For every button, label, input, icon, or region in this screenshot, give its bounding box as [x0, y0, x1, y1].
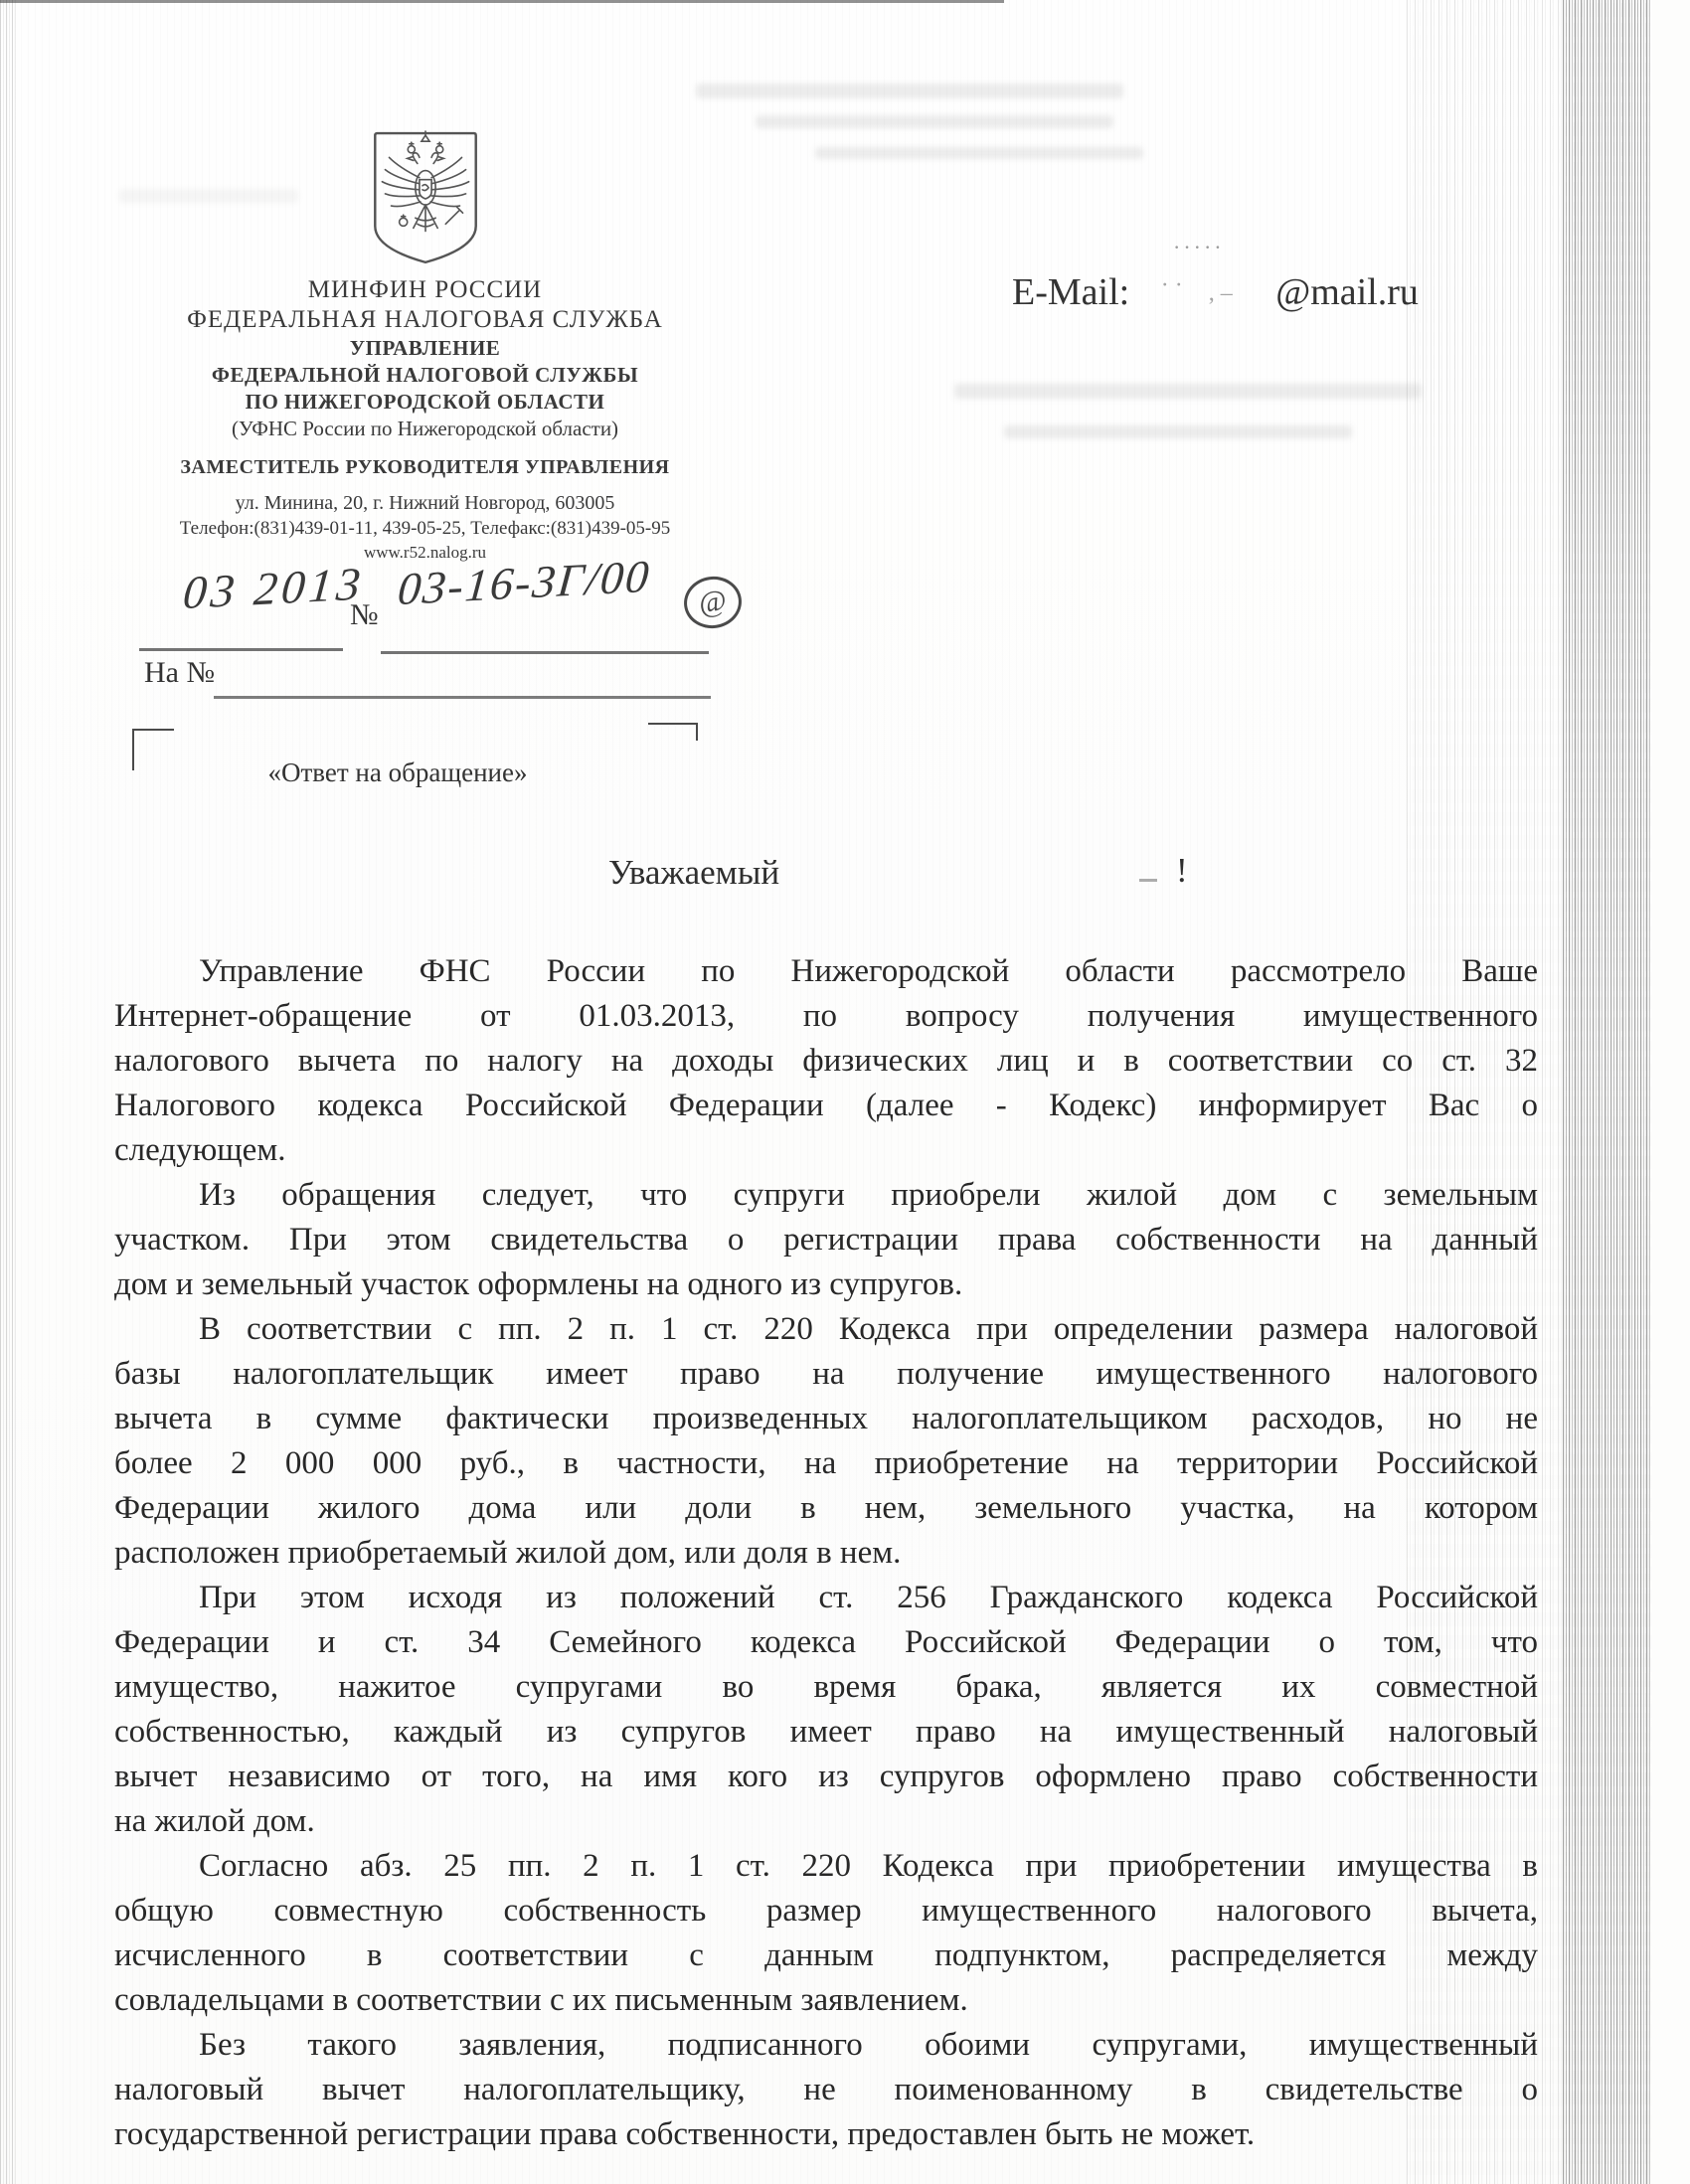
address-corner-right: [648, 723, 698, 741]
text-line: более 2 000 000 руб., в частности, на пр…: [114, 1441, 1538, 1486]
text-line: Без такого заявления, подписанного обоим…: [114, 2023, 1538, 2068]
text-line: расположен приобретаемый жилой дом, или …: [114, 1531, 1538, 1576]
phone-numbers: Телефон:(831)439-01-11, 439-05-25, Телеф…: [114, 516, 736, 541]
text-line: Интернет-обращение от 01.03.2013, по воп…: [114, 994, 1538, 1039]
handwritten-date: 03 2013: [181, 558, 367, 620]
text-line: базы налогоплательщик имеет право на пол…: [114, 1352, 1538, 1397]
subject-line: «Ответ на обращение»: [159, 757, 636, 788]
text-line: Федерации жилого дома или доли в нем, зе…: [114, 1486, 1538, 1531]
text-line: В соответствии с пп. 2 п. 1 ст. 220 Коде…: [114, 1307, 1538, 1352]
department-abbrev: (УФНС России по Нижегородской области): [114, 416, 736, 442]
service-name: ФЕДЕРАЛЬНАЯ НАЛОГОВАЯ СЛУЖБА: [114, 305, 736, 335]
ghost-text-smudge: [815, 147, 1143, 159]
text-line: Управление ФНС России по Нижегородской о…: [114, 949, 1538, 994]
right-margin: [1652, 0, 1690, 2184]
faint-dots: ·····: [1173, 235, 1225, 260]
text-line: налоговый вычет налогоплательщику, не по…: [114, 2068, 1538, 2112]
text-line: собственностью, каждый из супругов имеет…: [114, 1710, 1538, 1755]
text-line: дом и земельный участок оформлены на одн…: [114, 1262, 1538, 1307]
text-line: Из обращения следует, что супруги приобр…: [114, 1173, 1538, 1218]
text-line: на жилой дом.: [114, 1799, 1538, 1844]
redaction-dash: [1139, 879, 1157, 882]
salutation: Уважаемый: [608, 853, 779, 893]
text-line: вычета в сумме фактически произведенных …: [114, 1397, 1538, 1441]
date-underline: [139, 648, 343, 651]
text-line: общую совместную собственность размер им…: [114, 1889, 1538, 1933]
department-line2: ФЕДЕРАЛЬНОЙ НАЛОГОВОЙ СЛУЖБЫ: [114, 362, 736, 389]
reply-to-label: На №: [144, 656, 215, 690]
ghost-text-smudge: [954, 384, 1422, 399]
ghost-text-smudge: [696, 84, 1123, 98]
left-edge-noise: [0, 0, 17, 2184]
redaction-mark: , –: [1209, 280, 1233, 307]
circled-at-mark: @: [681, 573, 746, 632]
ghost-text-smudge: [1004, 425, 1352, 438]
salutation-exclamation: !: [1176, 851, 1188, 891]
scan-noise-band-heavy: [1563, 0, 1650, 2184]
reply-to-underline: [214, 696, 711, 699]
number-sign: №: [350, 598, 379, 632]
text-line: следующем.: [114, 1128, 1538, 1173]
text-line: вычет независимо от того, на имя кого из…: [114, 1755, 1538, 1799]
ghost-text-smudge: [756, 115, 1113, 128]
coat-of-arms-icon: [365, 129, 486, 270]
department-line1: УПРАВЛЕНИЕ: [114, 335, 736, 362]
number-underline: [381, 651, 709, 654]
at-mark: @: [697, 584, 729, 621]
ministry-name: МИНФИН РОССИИ: [114, 275, 736, 305]
email-domain: @mail.ru: [1275, 271, 1419, 313]
department-line3: ПО НИЖЕГОРОДСКОЙ ОБЛАСТИ: [114, 389, 736, 416]
letter-body: Управление ФНС России по Нижегородской о…: [114, 949, 1538, 2157]
email-label: E-Mail:: [1012, 271, 1129, 313]
text-line: исчисленного в соответствии с данным под…: [114, 1933, 1538, 1978]
signer-title: ЗАМЕСТИТЕЛЬ РУКОВОДИТЕЛЯ УПРАВЛЕНИЯ: [114, 454, 736, 480]
postal-address: ул. Минина, 20, г. Нижний Новгород, 6030…: [114, 490, 736, 516]
text-line: совладельцами в соответствии с их письме…: [114, 1978, 1538, 2023]
text-line: При этом исходя из положений ст. 256 Гра…: [114, 1576, 1538, 1620]
email-line: E-Mail: · · , – @mail.ru: [1012, 270, 1419, 314]
text-line: Согласно абз. 25 пп. 2 п. 1 ст. 220 Коде…: [114, 1844, 1538, 1889]
email-redacted-name: · · , –: [1139, 278, 1267, 304]
scanned-letter-page: МИНФИН РОССИИ ФЕДЕРАЛЬНАЯ НАЛОГОВАЯ СЛУЖ…: [0, 0, 1690, 2184]
redaction-mark: · ·: [1161, 272, 1183, 299]
text-line: имущество, нажитое супругами во время бр…: [114, 1665, 1538, 1710]
text-line: Федерации и ст. 34 Семейного кодекса Рос…: [114, 1620, 1538, 1665]
text-line: участком. При этом свидетельства о регис…: [114, 1218, 1538, 1262]
letterhead: МИНФИН РОССИИ ФЕДЕРАЛЬНАЯ НАЛОГОВАЯ СЛУЖ…: [114, 129, 736, 564]
text-line: государственной регистрации права собств…: [114, 2112, 1538, 2157]
text-line: Налогового кодекса Российской Федерации …: [114, 1084, 1538, 1128]
top-edge-scan-line: [0, 0, 1004, 3]
text-line: налогового вычета по налогу на доходы фи…: [114, 1039, 1538, 1084]
